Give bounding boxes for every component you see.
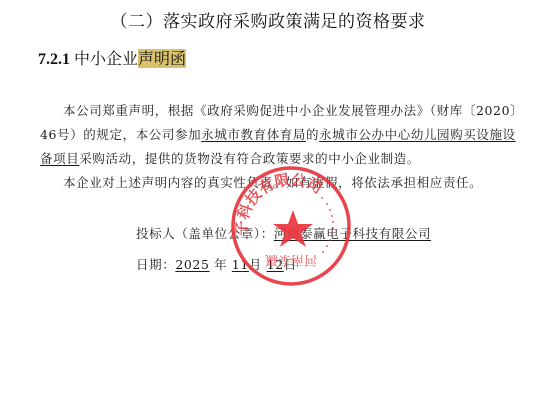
paragraph-1-line-3-suffix: 采购活动，提供的货物没有符合政策要求的中小企业制造。 [79, 151, 420, 166]
date-month: 11 [232, 257, 249, 272]
paragraph-1-line-3: 备项目采购活动，提供的货物没有符合政策要求的中小企业制造。 [40, 151, 420, 167]
date-day-unit: 日 [284, 257, 297, 272]
date-month-unit: 月 [249, 257, 262, 272]
date-year: 2025 [175, 257, 209, 272]
paragraph-2: 本企业对上述声明内容的真实性负责。如有虚假，将依法承担相应责任。 [63, 175, 482, 191]
date-day: 12 [267, 257, 284, 272]
purchaser-name: 永城市教育体育局 [201, 127, 306, 142]
subheading-highlighted-text: 声明函 [138, 49, 186, 68]
paragraph-1-line-2-prefix: 46号）的规定，本公司参加 [40, 127, 201, 142]
signature-label: 投标人（盖单位公章）： [136, 226, 274, 241]
subheading-number: 7.2.1 [38, 51, 70, 68]
date-label: 日期： [136, 257, 175, 272]
subheading: 7.2.1中小企业声明函 [38, 46, 186, 69]
paragraph-1-line-2-mid: 的 [306, 127, 319, 142]
date-year-unit: 年 [214, 257, 227, 272]
section-title: （二）落实政府采购政策满足的资格要求 [0, 7, 536, 32]
paragraph-1-line-1: 本公司郑重声明，根据《政府采购促进中小企业发展管理办法》（财库〔2020〕 [63, 103, 523, 119]
date-line: 日期：2025 年 11月 12日 [136, 257, 297, 273]
project-name-part-2: 备项目 [40, 151, 79, 166]
project-name-part-1: 永城市公办中心幼儿园购买设施设 [319, 127, 516, 142]
company-name: 河南泰赢电子科技有限公司 [274, 226, 431, 241]
signature-line: 投标人（盖单位公章）：河南泰赢电子科技有限公司 [136, 226, 431, 242]
paragraph-1-line-2: 46号）的规定，本公司参加永城市教育体育局的永城市公办中心幼儿园购买设施设 [40, 127, 516, 143]
subheading-text: 中小企业 [74, 49, 138, 68]
